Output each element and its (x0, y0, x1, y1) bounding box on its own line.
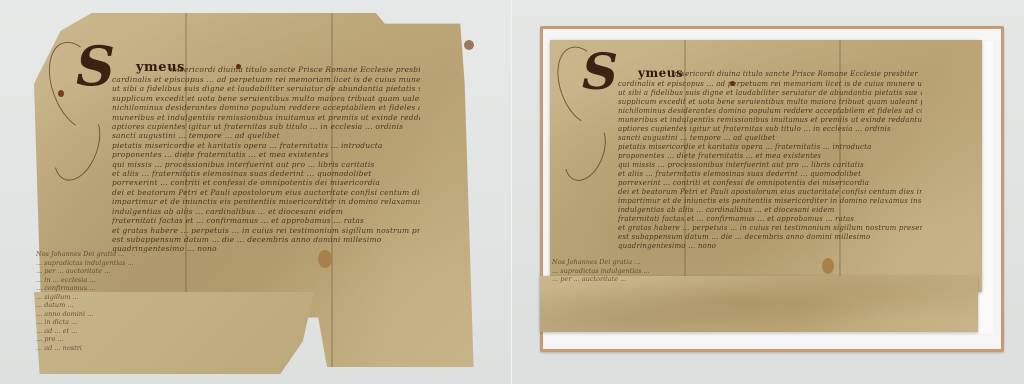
wax-stain (58, 90, 64, 97)
charter-body-text: cardinalis et episcopus ... ad perpetuam… (618, 80, 922, 260)
line-1: misericordi diuina titulo sancte Prisce … (672, 70, 922, 79)
seal-stain (318, 250, 332, 268)
line-1: misericordi diuina titulo sancte Prisce … (170, 65, 420, 74)
marginal-note: Nos Johannes Dei gratia ... ... supradic… (552, 258, 712, 286)
marginal-note: Nos Johannes Dei gratia ... ... supradic… (36, 250, 216, 370)
illuminated-initial: S (76, 34, 115, 98)
left-photo-unframed: S ymeus misericordi diuina titulo sancte… (0, 0, 512, 384)
charter-body-text: cardinalis et episcopus ... ad perpetuam… (112, 75, 420, 255)
wax-stain (730, 81, 735, 86)
wax-stain (236, 64, 241, 69)
illuminated-initial: S (582, 42, 618, 101)
seal-stain (822, 258, 834, 274)
stain (464, 40, 474, 50)
